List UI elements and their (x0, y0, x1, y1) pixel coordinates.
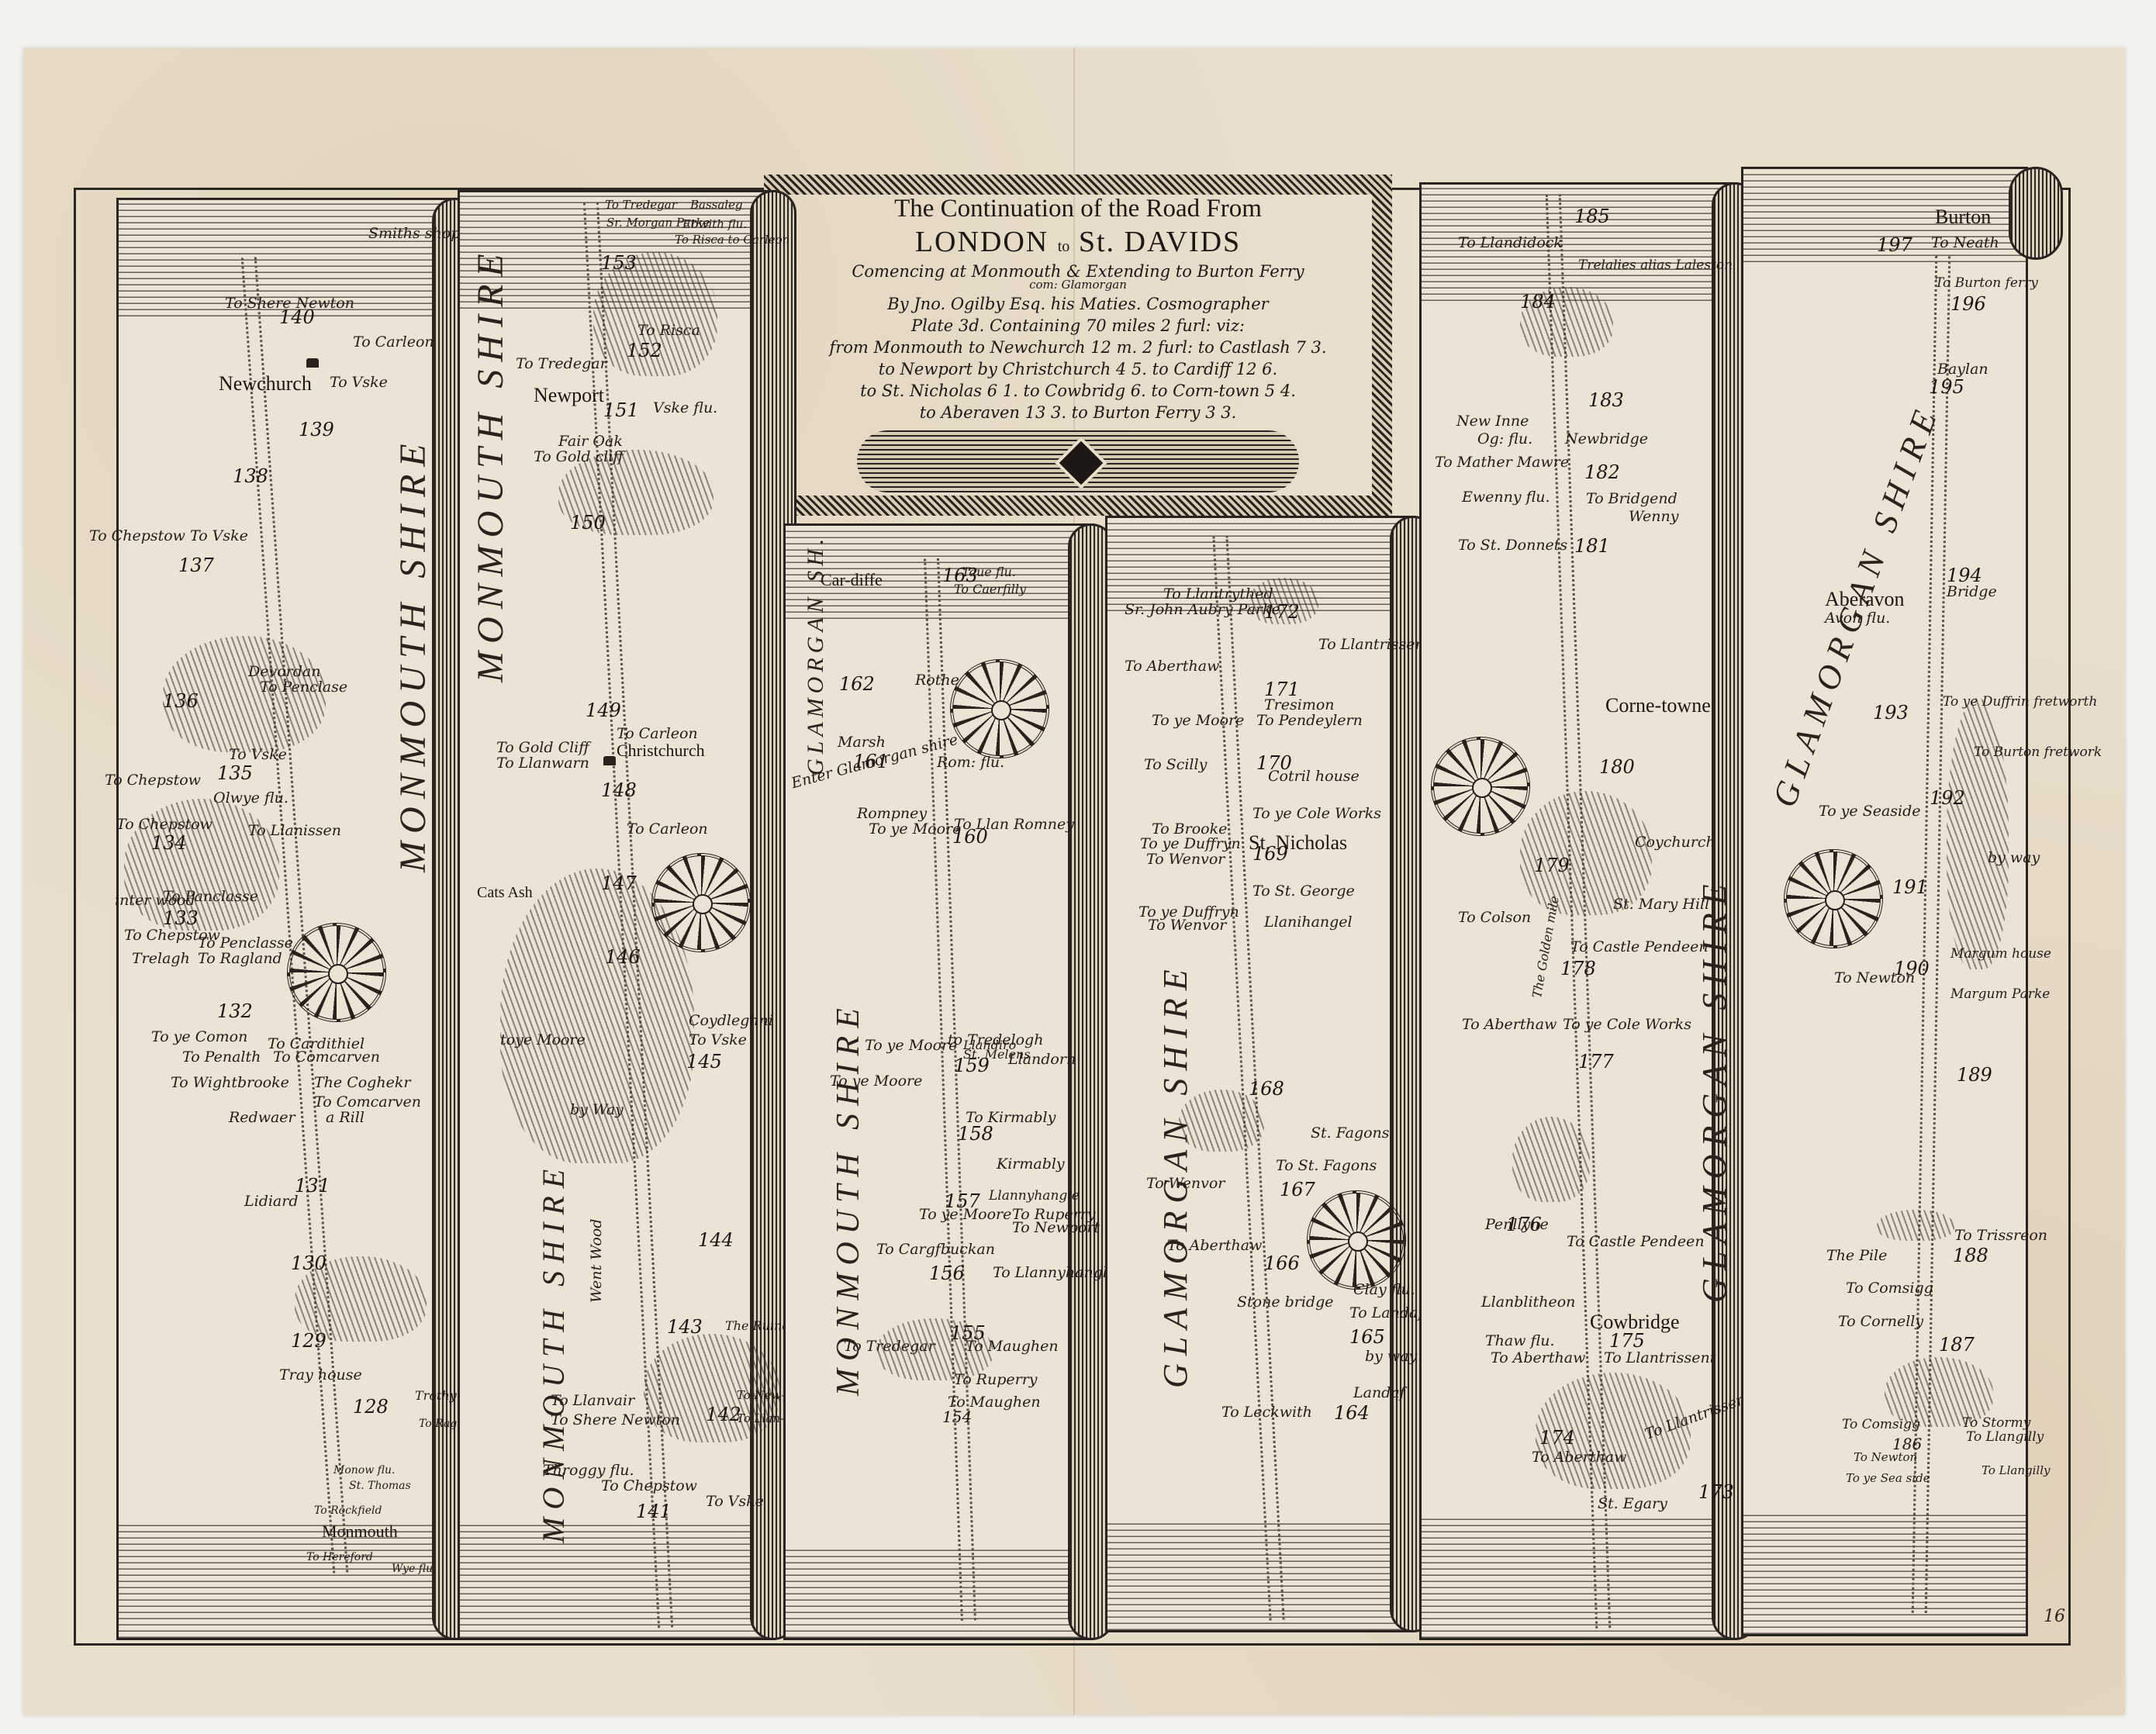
place-label: Wenny (1629, 508, 1678, 525)
mile-marker: 138 (233, 465, 268, 487)
mile-marker: 166 (1264, 1252, 1300, 1274)
mile-marker: 132 (217, 1000, 253, 1022)
place-label: To Newton (1834, 969, 1915, 986)
place-label: The Pile (1826, 1247, 1887, 1264)
cartouche-text: The Continuation of the Road From LONDON… (810, 190, 1346, 423)
place-label: To Penclase (260, 679, 347, 696)
mile-marker: 182 (1584, 461, 1620, 483)
town-corntown: Corne-towne (1605, 694, 1711, 717)
place-label: To Comcarven (314, 1093, 421, 1111)
place-label: To Maughen (948, 1394, 1041, 1411)
place-label: To Vske (229, 746, 287, 763)
place-label: a Rill (326, 1109, 365, 1126)
place-label: Marsh (838, 734, 886, 751)
mile-marker: 144 (698, 1229, 734, 1251)
place-label: To Comcarven (273, 1048, 380, 1066)
cartouche-plate: Plate 3d. Containing 70 miles 2 furl: vi… (810, 316, 1346, 335)
place-label: Rothe (915, 672, 959, 689)
place-label: Margum house (1950, 946, 2051, 962)
mile-marker: 180 (1599, 756, 1635, 778)
cartouche-author: By Jno. Ogilby Esq. his Maties. Cosmogra… (810, 295, 1346, 313)
mile-marker: 143 (667, 1316, 703, 1338)
mile-marker: 189 (1957, 1064, 1992, 1086)
place-label: To St. Fagons (1276, 1157, 1377, 1174)
hill-icon (1877, 1210, 1954, 1241)
place-label: To Gold Cliff (496, 739, 589, 756)
title-cartouche: The Continuation of the Road From LONDON… (764, 174, 1392, 516)
place-label: Llannyhangle (989, 1188, 1080, 1204)
scroll-hatch-bottom (1107, 1522, 1413, 1630)
road-strip-4 (1105, 516, 1415, 1632)
place-label: Fair Oak (558, 433, 623, 450)
compass-rose-icon (1307, 1190, 1406, 1290)
place-label: To ye Duffryn (1140, 835, 1241, 852)
hill-icon (1512, 1117, 1590, 1202)
mile-marker: 179 (1534, 855, 1570, 876)
place-label: Coydleghni (689, 1012, 773, 1029)
mile-marker: 148 (601, 779, 637, 801)
town-monmouth: Monmouth (322, 1522, 398, 1542)
place-label: To Risca (637, 322, 700, 339)
place-label: To Neath (1931, 234, 1999, 251)
place-label: Coychurch (1635, 834, 1715, 851)
place-label: To Burton fretwork (1974, 744, 2102, 760)
title-st-davids: St. DAVIDS (1079, 226, 1241, 258)
shire-label-monmouth: MONMOUTH SHIRE (392, 436, 434, 872)
place-label: To Hereford (306, 1551, 373, 1563)
mile-marker: 129 (291, 1330, 327, 1352)
scroll-hatch-bottom (1422, 1514, 1735, 1638)
mile-marker: 187 (1939, 1334, 1975, 1356)
mile-marker: 192 (1930, 787, 1965, 809)
place-label: To Newton (1854, 1450, 1917, 1464)
compass-rose-icon (1784, 849, 1883, 948)
river-label: Og: flu. (1477, 430, 1532, 447)
river-label: Thaw flu. (1485, 1332, 1555, 1349)
hill-icon (1947, 698, 2009, 969)
place-label: To Carleon (353, 333, 434, 351)
compass-rose-icon (651, 853, 751, 952)
place-label: To Kirmably (966, 1109, 1056, 1126)
shire-label-glamorgan: GLAMORGAN SH. (803, 534, 829, 775)
place-label: To Scilly (1144, 756, 1207, 773)
mile-marker: 133 (163, 907, 199, 929)
mile-marker: 145 (686, 1051, 722, 1073)
place-label: To ye Cole Works (1563, 1016, 1691, 1033)
mile-marker: 168 (1249, 1078, 1284, 1100)
mile-marker: 134 (151, 832, 187, 854)
mile-marker: 150 (570, 512, 606, 534)
place-label: Lidiard (244, 1193, 299, 1210)
place-label: To Trissreon (1954, 1227, 2047, 1244)
mile-marker: 181 (1574, 535, 1610, 557)
mile-marker: 174 (1539, 1427, 1575, 1449)
mile-marker: 185 (1574, 206, 1610, 227)
cartouche-main-title: LONDON to St. DAVIDS (810, 225, 1346, 259)
place-label: To Wightbrooke (171, 1074, 289, 1091)
place-label: To ye Comon (151, 1028, 247, 1045)
town-cardiff: Car-diffe (821, 570, 883, 590)
mile-marker: 156 (929, 1263, 965, 1284)
place-label: To Tredegar (516, 355, 607, 372)
place-label: To Leckwith (1221, 1404, 1312, 1421)
cartouche-route-4: to Aberaven 13 3. to Burton Ferry 3 3. (810, 403, 1346, 422)
mile-marker: 196 (1950, 293, 1986, 315)
place-label: To St. George (1252, 883, 1355, 900)
mile-marker: 173 (1698, 1481, 1734, 1503)
place-label: Kirmably (997, 1155, 1065, 1173)
place-label: New Inne (1456, 413, 1529, 430)
place-label: To Stormy (1962, 1415, 2030, 1431)
place-label: Penllyne (1485, 1216, 1549, 1233)
place-label: To ye Duffrin fretworth (1943, 694, 2097, 710)
scroll-hatch-bottom (1743, 1510, 2026, 1634)
place-label: To Bridgend (1586, 490, 1677, 507)
mile-marker: 191 (1892, 876, 1928, 898)
shire-label-glamorgan: GLAMORGAN SHIRE (1695, 876, 1734, 1303)
place-label: To Wenvor (1148, 917, 1226, 934)
place-label: by way (1365, 1348, 1417, 1365)
mile-marker: 177 (1578, 1051, 1614, 1073)
place-label: St. Egary (1598, 1495, 1667, 1512)
place-label: To ye Cole Works (1252, 805, 1381, 822)
shire-label-monmouth: MONMOUTH SHIRE (535, 1162, 572, 1543)
place-label: St. Fagons (1311, 1124, 1390, 1142)
place-label: To Burton ferry (1935, 275, 2038, 291)
place-label: Devordan (248, 663, 320, 680)
mile-marker: 141 (636, 1501, 672, 1522)
place-label: To Llantrissent (1604, 1349, 1715, 1366)
place-label: To Tredegar (605, 198, 677, 212)
place-label: Baylan (1937, 361, 1988, 378)
shire-label-glamorgan: GLAMORGAN SHIRE (1156, 962, 1195, 1388)
mile-marker: 135 (217, 762, 253, 784)
place-label: To Risca to Carleon (675, 233, 789, 247)
place-label: Redwaer (229, 1109, 295, 1126)
place-label: St. Thomas (349, 1480, 411, 1492)
place-label: Tray house (279, 1366, 362, 1383)
place-label: To ye Seaside (1819, 803, 1921, 820)
place-label: Olwye flu. (213, 789, 289, 807)
town-cats-ash: Cats Ash (477, 884, 533, 902)
compass-rose-icon (1431, 737, 1530, 836)
place-label: To Maughen (966, 1338, 1059, 1355)
mile-marker: 193 (1873, 702, 1909, 724)
place-label: To Llanwarn (496, 755, 589, 772)
mile-marker: 178 (1560, 958, 1596, 979)
mile-marker: 184 (1520, 291, 1556, 313)
place-label: To Colson (1458, 909, 1531, 926)
place-label: To ye Moore (869, 820, 961, 838)
place-label: To ye Moore (1152, 712, 1244, 729)
river-label: Taue flu. (962, 565, 1016, 579)
town-newchurch: Newchurch (219, 372, 312, 396)
place-label: To Vske (190, 527, 248, 544)
place-label: To ye Moore (919, 1206, 1011, 1223)
place-label: Landaf (1353, 1384, 1405, 1401)
town-burton: Burton (1935, 206, 1991, 229)
place-label: To Chepstow (105, 772, 201, 789)
place-label: The Coghekr (314, 1074, 410, 1091)
river-label: Rom: flu. (937, 754, 1004, 771)
mile-marker: 153 (601, 252, 637, 274)
bridge-label: Bridge (1947, 583, 1997, 600)
place-label: Rompney (857, 805, 927, 822)
mile-marker: 136 (163, 690, 199, 712)
scroll-curl (2009, 167, 2063, 260)
place-label: Llanblitheon (1481, 1294, 1575, 1311)
compass-rose-icon (287, 923, 386, 1022)
place-label: To Aberthaw (1532, 1449, 1626, 1466)
cartouche-route-3: to St. Nicholas 6 1. to Cowbridg 6. to C… (810, 382, 1346, 400)
place-label: Trelagh (132, 950, 190, 967)
mile-marker: 175 (1609, 1330, 1645, 1352)
place-label: Llandorn (1008, 1051, 1076, 1068)
place-label: To Penclasse (198, 934, 293, 952)
place-label: To Cargfbuckan (876, 1241, 995, 1258)
mile-marker: 131 (295, 1175, 330, 1197)
place-label: To Vske (689, 1031, 747, 1048)
place-label: To Pendeylern (1256, 712, 1363, 729)
place-label: To Llan Romney (954, 816, 1074, 833)
mile-marker: 188 (1953, 1245, 1988, 1266)
place-label: To Caerfilly (954, 582, 1026, 596)
place-label: To Llantrissent (1318, 636, 1430, 653)
place-label: To Aberthaw (1491, 1349, 1585, 1366)
mile-marker: 137 (178, 554, 214, 576)
place-label: Cotril house (1268, 768, 1360, 785)
mile-marker: 165 (1349, 1326, 1385, 1348)
place-label: To Landaf (1349, 1304, 1423, 1321)
cartouche-route-2: to Newport by Christchurch 4 5. to Cardi… (810, 360, 1346, 378)
place-label: To Chepstow (116, 816, 212, 833)
place-label: To Rockfield (314, 1504, 382, 1517)
place-label: To Aberthaw (1125, 658, 1219, 675)
church-icon (306, 358, 319, 368)
mile-marker: 162 (839, 673, 875, 695)
place-label: To Cornelly (1838, 1313, 1923, 1330)
place-label: To Ruperry (954, 1371, 1038, 1388)
mile-marker: 142 (706, 1404, 741, 1425)
mile-marker: 183 (1588, 389, 1624, 411)
mile-marker: 139 (299, 419, 334, 440)
compass-rose-icon (950, 659, 1049, 758)
mile-marker: 169 (1252, 843, 1288, 865)
cartouche-ornament (857, 430, 1299, 492)
place-label: To Llangilly (1966, 1429, 2044, 1445)
mile-marker: 195 (1929, 376, 1964, 398)
place-label: To Wenvor (1146, 851, 1225, 868)
church-icon (603, 756, 616, 765)
river-label: Vske flu. (653, 399, 717, 416)
title-london: LONDON (915, 226, 1049, 258)
place-label: To Comsigg (1846, 1280, 1933, 1297)
place-label: Bassaleg (690, 198, 743, 212)
park-label: Sr. John Aubry Parke (1125, 601, 1280, 618)
mile-marker: 197 (1877, 234, 1912, 256)
scroll-hatch-bottom (786, 1545, 1091, 1638)
cartouche-route-1: from Monmouth to Newchurch 12 m. 2 furl:… (810, 338, 1346, 357)
place-label: To St. Donnets (1458, 537, 1567, 554)
river-label: Ebwith flu. (682, 217, 747, 231)
mile-marker: 164 (1334, 1402, 1370, 1424)
place-label: To Comsigg (1842, 1417, 1920, 1432)
mile-marker: 128 (353, 1396, 389, 1418)
place-label: To Llanissen (248, 822, 341, 839)
mile-marker: 167 (1280, 1179, 1315, 1200)
river-label: Ewenny flu. (1462, 489, 1550, 506)
place-label: To Vske (706, 1493, 764, 1510)
place-label: Trelalies alias Laleston (1578, 257, 1733, 273)
place-label: To Gold cliff (534, 448, 624, 465)
place-label: Newbridge (1565, 430, 1648, 447)
scroll-hatch-bottom (119, 1522, 455, 1638)
place-label: To Vske (330, 374, 388, 391)
place-label: To Carleon (627, 820, 708, 838)
cartouche-title-line: The Continuation of the Road From (810, 195, 1346, 223)
place-label: To Newport (1012, 1219, 1100, 1236)
place-label: by way (1988, 849, 2040, 866)
river-label: Clay flu. (1353, 1281, 1415, 1298)
place-label: To Carleon (617, 725, 698, 742)
place-label: To ye Moore (865, 1037, 957, 1054)
title-to: to (1058, 238, 1070, 255)
bridge-label: Stone bridge (1237, 1294, 1334, 1311)
mile-marker: 151 (603, 399, 639, 421)
place-label: To Ragland (198, 950, 282, 967)
place-label: To Chepstow (89, 527, 185, 544)
shire-label-monmouth: MONMOUTH SHIRE (469, 246, 512, 682)
mile-marker: 152 (627, 340, 662, 361)
place-label: To Castle Pendeen (1570, 938, 1709, 955)
place-label: Smiths shop (368, 225, 460, 242)
place-label: To Penalth (182, 1048, 261, 1066)
town-christchurch: Christchurch (617, 741, 705, 761)
place-label: Tresimon (1264, 696, 1335, 713)
shire-label-monmouth: MONMOUTH SHIRE (830, 1000, 867, 1396)
river-label: Wye flu. (392, 1563, 437, 1575)
plate-number: 16 (2044, 1607, 2065, 1626)
wood-label: Went Wood (588, 1219, 605, 1303)
place-label: To ye Sea side (1846, 1471, 1930, 1485)
place-label: To Llandidock (1458, 234, 1563, 251)
scroll-hatch-bottom (460, 1522, 773, 1638)
mile-marker: 158 (958, 1123, 993, 1145)
town-newport: Newport (534, 384, 604, 407)
mile-marker: 146 (605, 946, 641, 968)
place-label: To Shere Newton (225, 295, 354, 312)
place-label: To Aberthaw (1462, 1016, 1557, 1033)
place-label: by Way (570, 1101, 624, 1118)
place-label: To Llangilly (1982, 1463, 2050, 1477)
mile-marker: 147 (601, 872, 637, 894)
park-label: Margum Parke (1950, 986, 2050, 1002)
place-label: To Llantrythed (1163, 585, 1273, 603)
place-label: To Mather Mawre (1435, 454, 1569, 471)
river-label: Monow flu. (333, 1464, 395, 1477)
mile-marker: 149 (586, 699, 621, 721)
mile-marker: 130 (291, 1252, 327, 1274)
place-label: To Castle Pendeen (1567, 1233, 1705, 1250)
place-label: toye Moore (500, 1031, 586, 1048)
place-label: To Chepstow (601, 1477, 697, 1494)
place-label: To Panclasse (163, 888, 258, 905)
place-label: Llanihangel (1264, 914, 1353, 931)
